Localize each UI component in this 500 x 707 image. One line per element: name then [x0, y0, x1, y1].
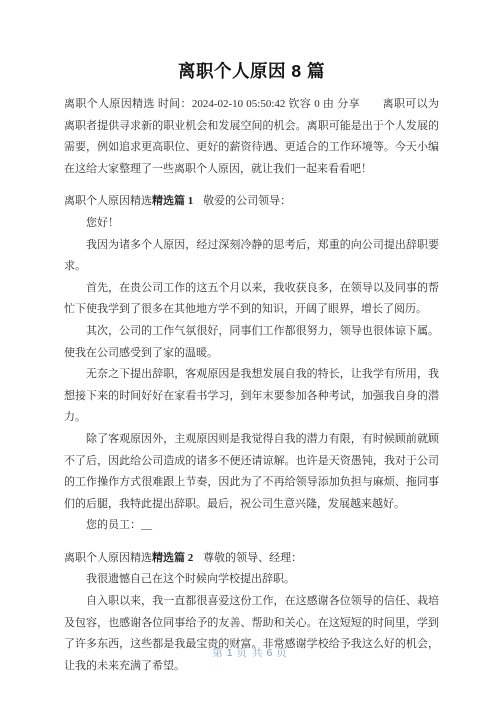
current-page-number: 1	[224, 647, 237, 659]
paragraph: 除了客观原因外，主观原因则是我觉得自我的潜力有限，有时候顾前就顾不了后，因此给公…	[64, 429, 439, 515]
section-heading-number: 精选篇 1	[152, 195, 193, 207]
page-indicator: 第1页 共6页	[0, 645, 500, 660]
section-salutation: 敬爱的公司领导：	[203, 195, 291, 207]
document-body: 离职个人原因精选 时间：2024-02-10 05:50:42 钦容 0 由 分…	[64, 94, 439, 677]
section-heading-prefix: 离职个人原因精选	[64, 195, 152, 207]
page-indicator-label: 第	[212, 647, 224, 659]
intro-paragraph: 离职个人原因精选 时间：2024-02-10 05:50:42 钦容 0 由 分…	[64, 94, 439, 180]
page-indicator-label: 页 共	[237, 647, 264, 659]
document-page: 离职个人原因 8 篇 离职个人原因精选 时间：2024-02-10 05:50:…	[0, 0, 500, 707]
total-page-number: 6	[263, 647, 276, 659]
paragraph: 其次，公司的工作气氛很好，同事们工作都很努力，领导也很体谅下属。使我在公司感受到…	[64, 321, 439, 364]
section-heading: 离职个人原因精选精选篇 2尊敬的领导、经理：	[64, 548, 439, 570]
section-heading: 离职个人原因精选精选篇 1敬爱的公司领导：	[64, 191, 439, 213]
paragraph: 您好！	[64, 213, 439, 235]
paragraph: 我很遗憾自己在这个时候向学校提出辞职。	[64, 569, 439, 591]
section-salutation: 尊敬的领导、经理：	[203, 552, 302, 564]
signature-line: 您的员工：__	[64, 515, 439, 537]
page-indicator-label: 页	[276, 647, 288, 659]
paragraph: 我因为诸多个人原因，经过深刻冷静的思考后，郑重的向公司提出辞职要求。	[64, 235, 439, 278]
section-heading-number: 精选篇 2	[152, 552, 193, 564]
paragraph: 首先，在贵公司工作的这五个月以来，我收获良多，在领导以及同事的帮忙下使我学到了很…	[64, 278, 439, 321]
page-title: 离职个人原因 8 篇	[64, 58, 439, 84]
paragraph: 自入职以来，我一直都很喜爱这份工作，在这感谢各位领导的信任、栽培及包容，也感谢各…	[64, 591, 439, 677]
paragraph: 无奈之下提出辞职，客观原因是我想发展自我的特长，让我学有所用，我想接下来的时间好…	[64, 364, 439, 429]
section-heading-prefix: 离职个人原因精选	[64, 552, 152, 564]
